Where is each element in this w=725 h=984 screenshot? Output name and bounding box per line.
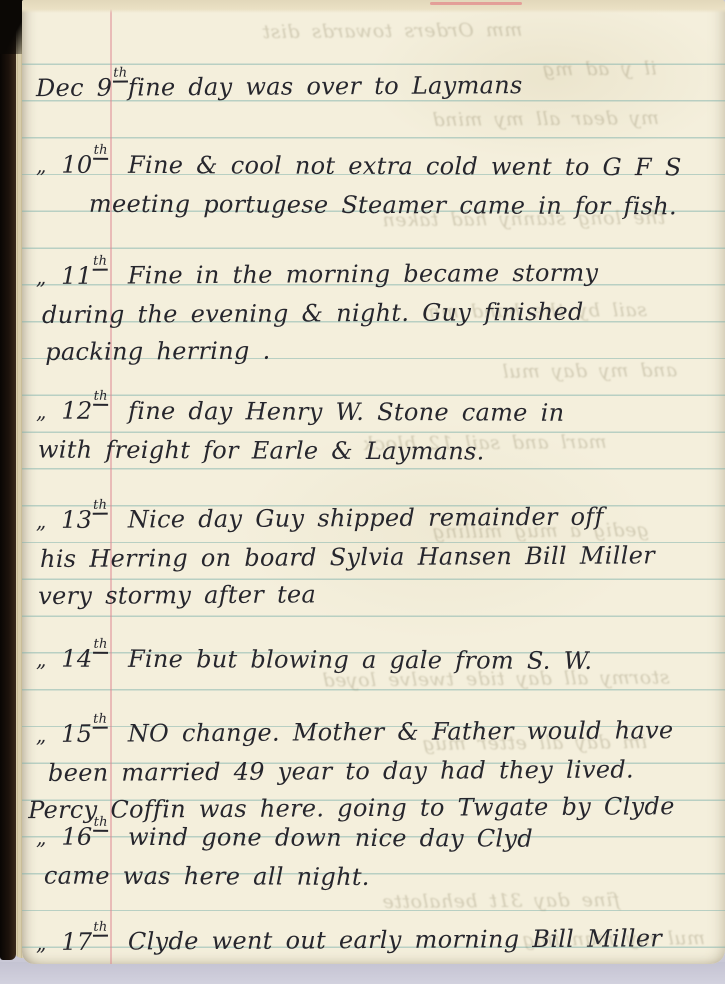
entry-date: „ 13th <box>36 502 128 541</box>
entry-dec-12: „ 12th fine day Henry W. Stone came in w… <box>36 393 719 472</box>
entry-date: „ 11th <box>36 258 128 297</box>
entry-line: fine day Henry W. Stone came in <box>128 393 564 432</box>
entry-date: „ 16th <box>36 819 128 858</box>
entry-dec-15: „ 15th NO change. Mother & Father would … <box>36 712 720 830</box>
entry-dec-16: „ 16th wind gone down nice day Clyd came… <box>36 819 719 898</box>
entry-date: „ 15th <box>36 716 128 755</box>
entry-line: came was here all night. <box>44 857 719 897</box>
entry-line: fine day was over to Laymans <box>128 67 523 107</box>
diary-entries: Dec 9th fine day was over to Laymans „ 1… <box>22 0 725 964</box>
entry-line: very stormy after tea <box>38 574 719 616</box>
entry-date: Dec 9th <box>36 70 128 108</box>
entry-dec-13: „ 13th Nice day Guy shipped remainder of… <box>36 498 720 616</box>
diary-photo: mm Orders towards dist il y ad mg my dea… <box>0 0 725 984</box>
entry-dec-14: „ 14th Fine but blowing a gale from S. W… <box>36 641 719 682</box>
entry-line: during the evening & night. Guy finished <box>42 292 719 334</box>
desk-surface <box>0 962 725 984</box>
book-spine <box>0 0 16 960</box>
entry-line: Fine but blowing a gale from S. W. <box>128 641 592 681</box>
entry-line: wind gone down nice day Clyd <box>128 819 533 858</box>
entry-date: „ 17th <box>36 924 128 963</box>
entry-date: „ 10th <box>36 147 128 186</box>
entry-dec-11: „ 11th Fine in the morning became stormy… <box>36 254 720 372</box>
entry-date: „ 14th <box>36 641 128 680</box>
entry-line: Fine in the morning became stormy <box>128 255 599 295</box>
diary-page: mm Orders towards dist il y ad mg my dea… <box>22 0 725 964</box>
entry-line: Nice day Guy shipped remainder off <box>128 499 604 539</box>
entry-dec-9: Dec 9th fine day was over to Laymans <box>36 66 719 108</box>
entry-line: with freight for Earle & Laymans. <box>38 431 719 471</box>
entry-dec-10: „ 10th Fine & cool not extra cold went t… <box>36 147 719 226</box>
entry-line: NO change. Mother & Father would have <box>128 712 674 753</box>
entry-line: Clyde went out early morning Bill Miller <box>128 920 662 961</box>
entry-line: meeting portugese Steamer came in for fi… <box>89 185 719 225</box>
entry-line: his Herring on board Sylvia Hansen Bill … <box>40 536 719 578</box>
entry-line: Fine & cool not extra cold went to G F S <box>128 147 682 187</box>
entry-date: „ 12th <box>36 393 128 432</box>
entry-dec-17: „ 17th Clyde went out early morning Bill… <box>36 920 719 963</box>
entry-line: packing herring . <box>45 330 719 372</box>
entry-line: been married 49 year to day had they liv… <box>48 750 719 792</box>
